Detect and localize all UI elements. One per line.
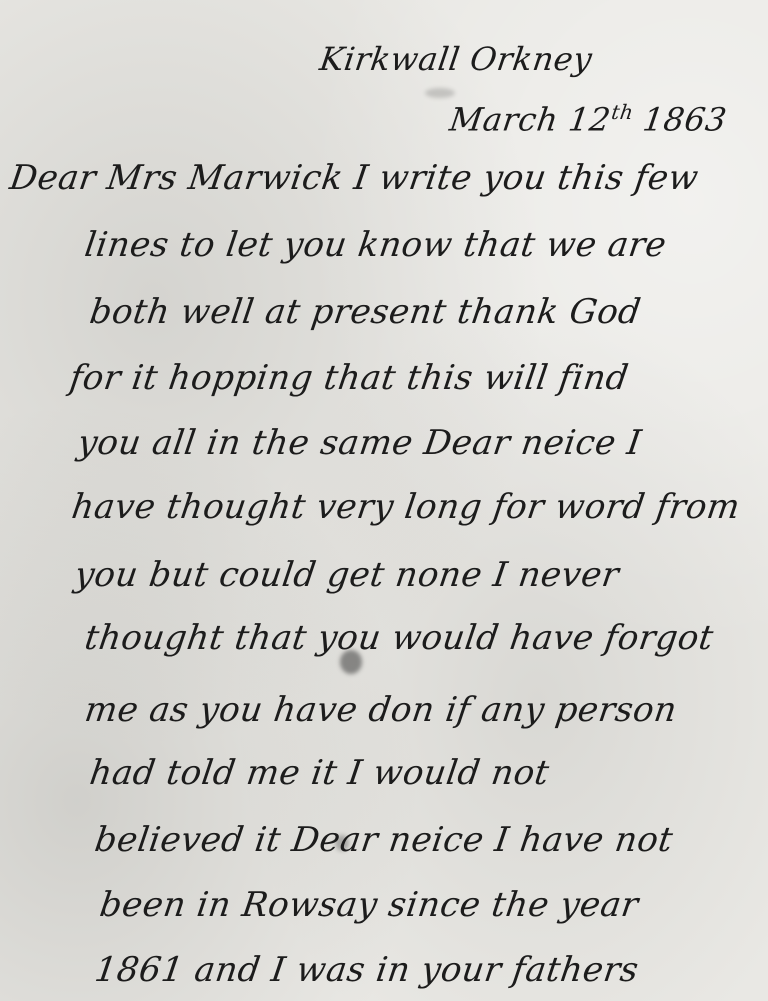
letter-line: for it hopping that this will find [67, 358, 631, 398]
letter-line: had told me it I would not [87, 753, 552, 793]
letter-line: both well at present thank God [87, 292, 643, 332]
letter-line: believed it Dear neice I have not [92, 820, 675, 860]
date-year: 1863 [640, 101, 729, 139]
letter-page: Kirkwall Orkney March 12th 1863 Dear Mrs… [0, 0, 768, 1001]
letter-line: me as you have don if any person [82, 690, 679, 730]
letter-line: you but could get none I never [72, 555, 621, 595]
paper-smudge [425, 88, 455, 98]
letter-date: March 12th 1863 [447, 100, 729, 139]
date-suffix: th [610, 100, 635, 124]
letter-line: been in Rowsay since the year [97, 885, 641, 925]
letter-place: Kirkwall Orkney [317, 40, 594, 78]
letter-line: you all in the same Dear neice I [75, 423, 644, 463]
letter-line: lines to let you know that we are [82, 225, 669, 265]
letter-line: 1861 and I was in your fathers [92, 950, 641, 990]
date-month-day: March 12 [447, 101, 613, 139]
letter-line: Dear Mrs Marwick I write you this few [7, 158, 701, 198]
letter-line: have thought very long for word from [69, 487, 742, 527]
letter-line: thought that you would have forgot [82, 618, 716, 658]
